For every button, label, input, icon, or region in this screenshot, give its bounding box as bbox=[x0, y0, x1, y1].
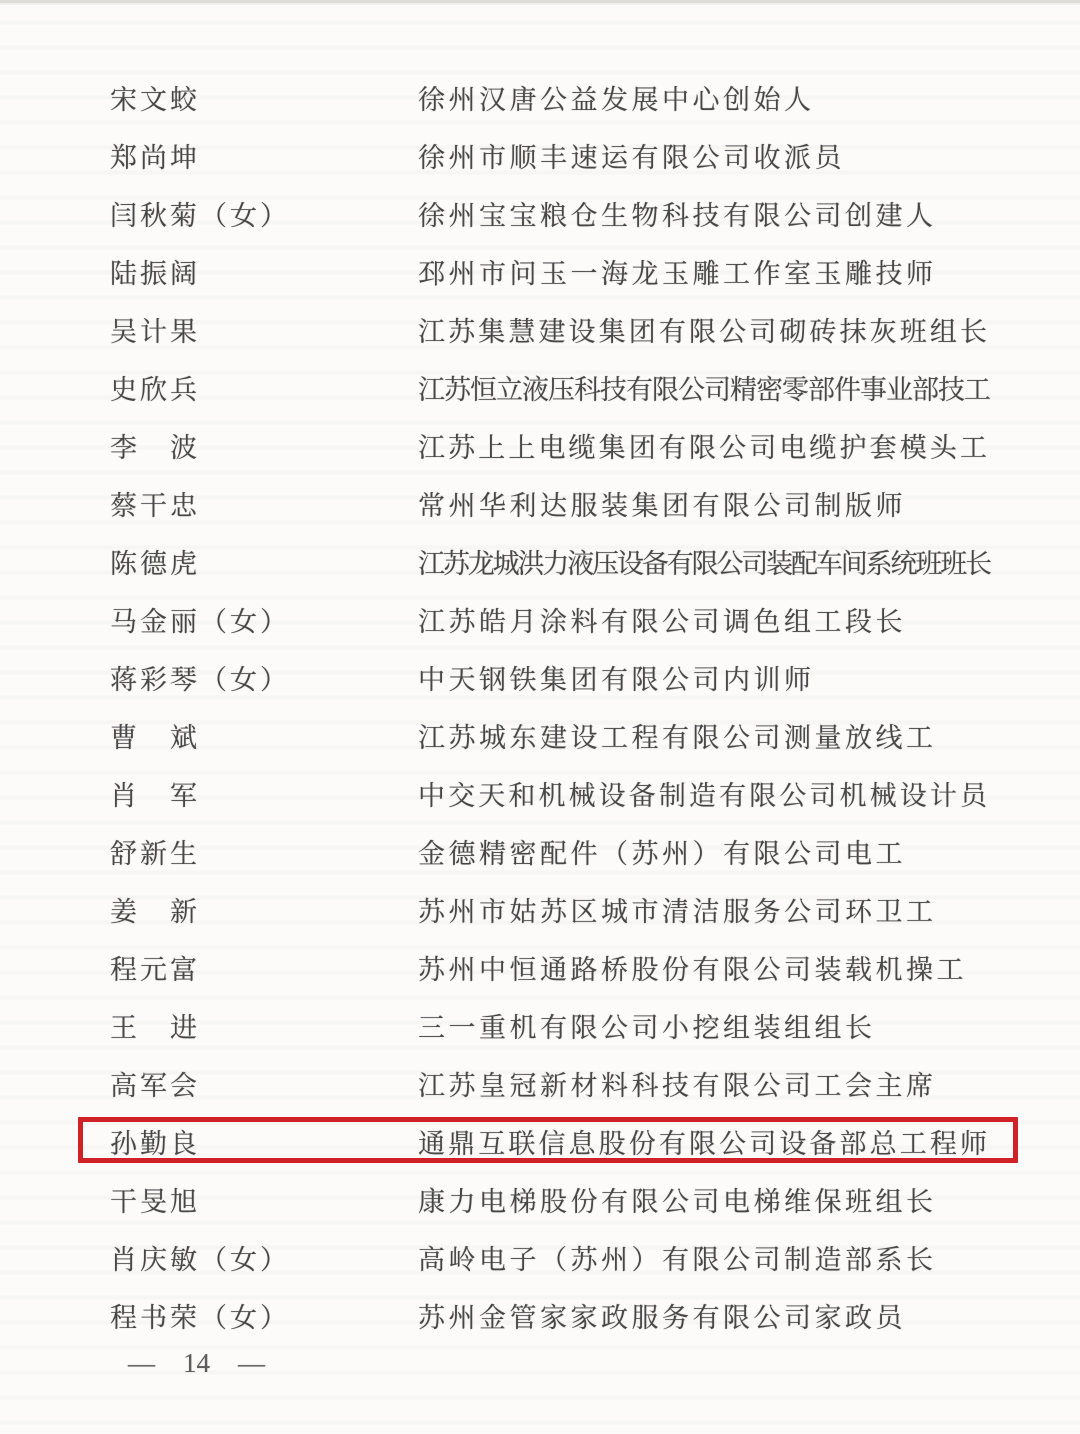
person-name: 高军会 bbox=[110, 1064, 418, 1103]
person-affiliation: 高岭电子（苏州）有限公司制造部系长 bbox=[418, 1238, 1080, 1277]
person-name: 姜 新 bbox=[110, 890, 418, 929]
table-row: 宋文蛟 徐州汉唐公益发展中心创始人 bbox=[0, 68, 1080, 126]
person-affiliation: 江苏龙城洪力液压设备有限公司装配车间系统班班长 bbox=[418, 542, 1080, 581]
person-affiliation: 苏州市姑苏区城市清洁服务公司环卫工 bbox=[418, 890, 1080, 929]
person-name: 蒋彩琴（女） bbox=[110, 658, 418, 697]
person-name: 史欣兵 bbox=[110, 368, 418, 407]
person-name: 肖庆敏（女） bbox=[110, 1238, 418, 1277]
table-row: 史欣兵 江苏恒立液压科技有限公司精密零部件事业部技工 bbox=[0, 358, 1080, 416]
person-affiliation: 通鼎互联信息股份有限公司设备部总工程师 bbox=[418, 1122, 1080, 1161]
table-row: 舒新生 金德精密配件（苏州）有限公司电工 bbox=[0, 822, 1080, 880]
person-affiliation: 中交天和机械设备制造有限公司机械设计员 bbox=[418, 774, 1080, 813]
table-row: 程书荣（女） 苏州金管家家政服务有限公司家政员 bbox=[0, 1286, 1080, 1344]
table-row: 曹 斌 江苏城东建设工程有限公司测量放线工 bbox=[0, 706, 1080, 764]
page-number-left-dash: — bbox=[128, 1348, 155, 1379]
person-name: 吴计果 bbox=[110, 310, 418, 349]
person-name: 肖 军 bbox=[110, 774, 418, 813]
table-row: 马金丽（女） 江苏皓月涂料有限公司调色组工段长 bbox=[0, 590, 1080, 648]
person-name: 陆振阔 bbox=[110, 252, 418, 291]
person-affiliation: 康力电梯股份有限公司电梯维保班组长 bbox=[418, 1180, 1080, 1219]
table-row: 姜 新 苏州市姑苏区城市清洁服务公司环卫工 bbox=[0, 880, 1080, 938]
person-name: 程元富 bbox=[110, 948, 418, 987]
table-row: 李 波 江苏上上电缆集团有限公司电缆护套模头工 bbox=[0, 416, 1080, 474]
table-row: 肖 军 中交天和机械设备制造有限公司机械设计员 bbox=[0, 764, 1080, 822]
person-affiliation: 江苏皓月涂料有限公司调色组工段长 bbox=[418, 600, 1080, 639]
table-row: 吴计果 江苏集慧建设集团有限公司砌砖抹灰班组长 bbox=[0, 300, 1080, 358]
person-affiliation: 徐州市顺丰速运有限公司收派员 bbox=[418, 136, 1080, 175]
person-name: 程书荣（女） bbox=[110, 1296, 418, 1335]
table-row: 肖庆敏（女） 高岭电子（苏州）有限公司制造部系长 bbox=[0, 1228, 1080, 1286]
page-footer: — 14 — bbox=[128, 1348, 265, 1379]
table-row: 王 进 三一重机有限公司小挖组装组组长 bbox=[0, 996, 1080, 1054]
person-affiliation: 三一重机有限公司小挖组装组组长 bbox=[418, 1006, 1080, 1045]
person-affiliation: 常州华利达服装集团有限公司制版师 bbox=[418, 484, 1080, 523]
table-row: 陈德虎 江苏龙城洪力液压设备有限公司装配车间系统班班长 bbox=[0, 532, 1080, 590]
person-affiliation: 江苏集慧建设集团有限公司砌砖抹灰班组长 bbox=[418, 310, 1080, 349]
table-row: 蒋彩琴（女） 中天钢铁集团有限公司内训师 bbox=[0, 648, 1080, 706]
table-row: 程元富 苏州中恒通路桥股份有限公司装载机操工 bbox=[0, 938, 1080, 996]
person-affiliation: 江苏上上电缆集团有限公司电缆护套模头工 bbox=[418, 426, 1080, 465]
table-row: 蔡干忠 常州华利达服装集团有限公司制版师 bbox=[0, 474, 1080, 532]
person-affiliation: 苏州金管家家政服务有限公司家政员 bbox=[418, 1296, 1080, 1335]
person-name: 闫秋菊（女） bbox=[110, 194, 418, 233]
person-name: 陈德虎 bbox=[110, 542, 418, 581]
roster-list: 宋文蛟 徐州汉唐公益发展中心创始人 郑尚坤 徐州市顺丰速运有限公司收派员 闫秋菊… bbox=[0, 68, 1080, 1344]
table-row: 陆振阔 邳州市问玉一海龙玉雕工作室玉雕技师 bbox=[0, 242, 1080, 300]
person-name: 曹 斌 bbox=[110, 716, 418, 755]
person-name: 李 波 bbox=[110, 426, 418, 465]
person-name: 蔡干忠 bbox=[110, 484, 418, 523]
page-number-right-dash: — bbox=[238, 1348, 265, 1379]
person-affiliation: 邳州市问玉一海龙玉雕工作室玉雕技师 bbox=[418, 252, 1080, 291]
person-affiliation: 徐州宝宝粮仓生物科技有限公司创建人 bbox=[418, 194, 1080, 233]
scan-edge-line-light bbox=[0, 3, 1080, 5]
person-name: 孙勤良 bbox=[110, 1122, 418, 1161]
table-row: 高军会 江苏皇冠新材料科技有限公司工会主席 bbox=[0, 1054, 1080, 1112]
person-name: 舒新生 bbox=[110, 832, 418, 871]
person-affiliation: 金德精密配件（苏州）有限公司电工 bbox=[418, 832, 1080, 871]
person-affiliation: 江苏皇冠新材料科技有限公司工会主席 bbox=[418, 1064, 1080, 1103]
person-name: 宋文蛟 bbox=[110, 78, 418, 117]
person-name: 王 进 bbox=[110, 1006, 418, 1045]
table-row: 干旻旭 康力电梯股份有限公司电梯维保班组长 bbox=[0, 1170, 1080, 1228]
table-row: 闫秋菊（女） 徐州宝宝粮仓生物科技有限公司创建人 bbox=[0, 184, 1080, 242]
table-row-highlighted: 孙勤良 通鼎互联信息股份有限公司设备部总工程师 bbox=[0, 1112, 1080, 1170]
person-name: 马金丽（女） bbox=[110, 600, 418, 639]
page-number: 14 bbox=[183, 1348, 210, 1379]
person-affiliation: 徐州汉唐公益发展中心创始人 bbox=[418, 78, 1080, 117]
person-name: 郑尚坤 bbox=[110, 136, 418, 175]
person-name: 干旻旭 bbox=[110, 1180, 418, 1219]
person-affiliation: 江苏城东建设工程有限公司测量放线工 bbox=[418, 716, 1080, 755]
table-row: 郑尚坤 徐州市顺丰速运有限公司收派员 bbox=[0, 126, 1080, 184]
person-affiliation: 中天钢铁集团有限公司内训师 bbox=[418, 658, 1080, 697]
person-affiliation: 苏州中恒通路桥股份有限公司装载机操工 bbox=[418, 948, 1080, 987]
person-affiliation: 江苏恒立液压科技有限公司精密零部件事业部技工 bbox=[418, 368, 1080, 407]
